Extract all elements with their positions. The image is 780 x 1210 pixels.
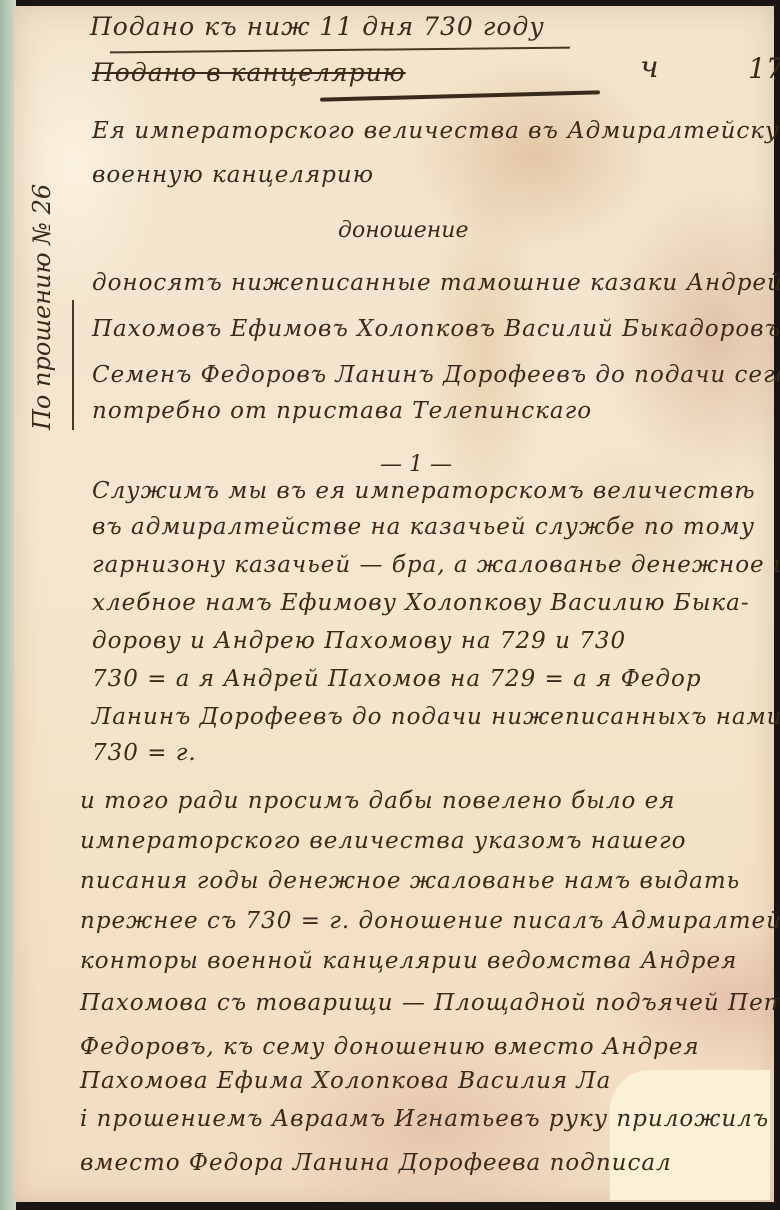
intro-line-4: потребно от пристава Телепинскаго — [92, 398, 592, 424]
header-line-2-struck: Подано в канцелярию — [92, 58, 406, 87]
section2-line-7: Федоровъ, къ сему доношению вместо Андре… — [80, 1034, 700, 1060]
section2-line-1: и того ради просимъ дабы повелено было е… — [80, 788, 676, 814]
section1-line-3: гарнизону казачьей — бра, а жалованье де… — [92, 552, 780, 578]
address-line-2: военную канцелярию — [92, 162, 374, 188]
section1-line-8: 730 = г. — [92, 740, 197, 766]
section1-line-4: хлебное намъ Ефимову Холопкову Василию Б… — [92, 590, 750, 616]
section2-line-3: писания годы денежное жалованье намъ выд… — [80, 868, 740, 894]
section2-line-8: Пахомова Ефима Холопкова Василия Ла — [80, 1068, 611, 1094]
section2-line-6: Пахомова съ товарищи — Площадной подъяче… — [80, 990, 780, 1016]
section2-line-5: конторы военной канцелярии ведомства Анд… — [80, 948, 737, 974]
folio-number: 17 — [748, 52, 780, 85]
document-heading: доношение — [338, 218, 468, 243]
margin-note: По прошению № 26 — [28, 184, 56, 430]
intro-line-1: доносятъ нижеписанные тамошние казаки Ан… — [92, 270, 780, 296]
paper-blank-area — [610, 1070, 770, 1200]
section1-line-6: 730 = а я Андрей Пахомов на 729 = а я Фе… — [92, 666, 702, 692]
section2-line-10: вместо Федора Ланина Дорофеева подписал — [80, 1150, 672, 1176]
section2-line-2: императорского величества указомъ нашего — [80, 828, 686, 854]
document-page: Подано къ ниж 11 дня 730 году Подано в к… — [0, 0, 780, 1210]
intro-line-2: Пахомовъ Ефимовъ Холопковъ Василий Быкад… — [92, 316, 780, 342]
section1-line-2: въ адмиралтействе на казачьей службе по … — [92, 514, 755, 540]
section2-line-4: прежнее съ 730 = г. доношение писалъ Адм… — [80, 908, 780, 934]
header-line-1: Подано къ ниж 11 дня 730 году — [90, 12, 545, 41]
section1-line-7: Ланинъ Дорофеевъ до подачи нижеписанныхъ… — [92, 704, 780, 730]
folio-mark-a: ч — [640, 50, 659, 85]
address-line-1: Ея императорского величества въ Адмиралт… — [92, 118, 780, 144]
section1-line-5: дорову и Андрею Пахомову на 729 и 730 — [92, 628, 626, 654]
section1-line-1: Служимъ мы въ ея императорскомъ величест… — [92, 478, 756, 504]
section-number: — 1 — — [380, 452, 452, 477]
intro-line-3: Семенъ Федоровъ Ланинъ Дорофеевъ до пода… — [92, 362, 780, 388]
section2-line-9: і прошениемъ Авраамъ Игнатьевъ руку прил… — [80, 1106, 769, 1132]
margin-rule — [72, 300, 74, 430]
